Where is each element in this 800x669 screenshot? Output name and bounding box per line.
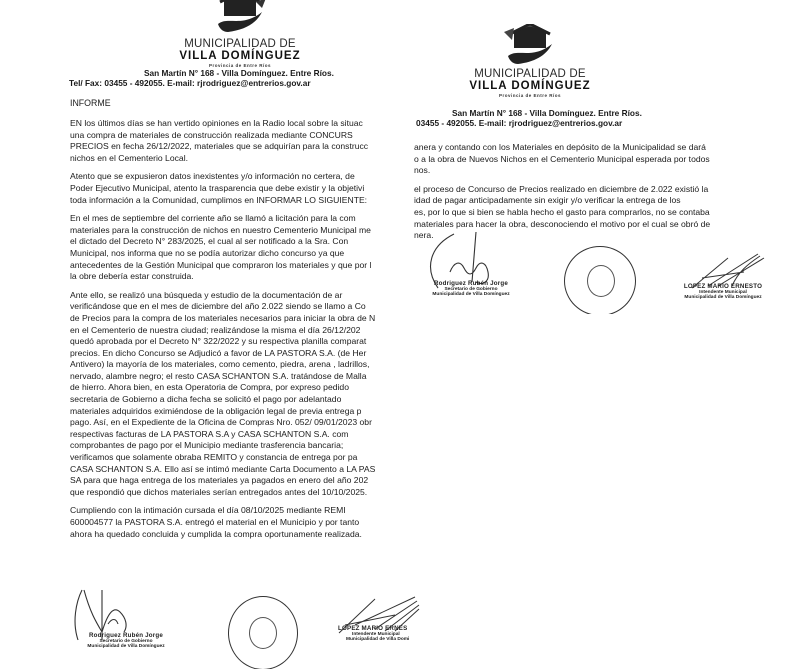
text-line: verificándose que en el mes de diciembre… — [70, 301, 375, 313]
text-line: materiales para hacer la obra, desconoci… — [414, 219, 710, 231]
text-line: pago. Así, en el Expediente de la Oficin… — [70, 417, 375, 429]
paragraph: anera y contando con los Materiales en d… — [414, 142, 710, 177]
municipal-logo: MUNICIPALIDAD DE VILLA DOMÍNGUEZ Provinc… — [140, 0, 340, 69]
text-line: toda información a la Comunidad, cumplim… — [70, 195, 375, 207]
text-line: de Precios para la compra de los materia… — [70, 313, 375, 325]
text-line: nichos en el Cementerio Local. — [70, 153, 375, 165]
text-line: de hierro. Ahora bien, en esta Operatori… — [70, 382, 375, 394]
official-stamp — [564, 246, 636, 314]
text-line: antecedentes de la Gestión Municipal que… — [70, 260, 375, 272]
house-wave-emblem-icon — [500, 24, 560, 68]
text-line: idad de pagar anticipadamente sin exigir… — [414, 195, 710, 207]
text-line: Municipal, nos informa que no se podía a… — [70, 248, 375, 260]
text-line: el proceso de Concurso de Precios realiz… — [414, 184, 710, 196]
text-line: nervado, alambre negro; el resto CASA SC… — [70, 371, 375, 383]
signer-org: Municipalidad de Villa Domínguez — [668, 295, 778, 300]
text-line: quedó aprobada por el Decreto N° 322/202… — [70, 336, 375, 348]
text-line: materiales para la construcción de nicho… — [70, 225, 375, 237]
text-line: el dictado del Decreto N° 283/2025, el c… — [70, 236, 375, 248]
house-wave-emblem-icon — [210, 0, 270, 38]
document-body-left: EN los últimos días se han vertido opini… — [70, 118, 375, 547]
logo-line-1: MUNICIPALIDAD DE — [450, 68, 610, 80]
paragraph: EN los últimos días se han vertido opini… — [70, 118, 375, 164]
text-line: Atento que se expusieron datos inexisten… — [70, 171, 375, 183]
logo-line-2: VILLA DOMÍNGUEZ — [450, 80, 610, 92]
signer-name: LOPEZ MARIO ERNESTO — [668, 283, 778, 290]
signer-name: Rodriguez Rubén Jorge — [416, 280, 526, 287]
signature-secretario: Rodriguez Rubén Jorge Secretario de Gobi… — [416, 280, 526, 297]
signer-org: Municipalidad de Villa Domínguez — [416, 292, 526, 297]
text-line: secretaria de Gobierno a dicha fecha se … — [70, 394, 375, 406]
text-line: CASA SCHANTON S.A. Ello así se intimó me… — [70, 464, 375, 476]
text-line: SA para que haga entrega de los material… — [70, 475, 375, 487]
text-line: EN los últimos días se han vertido opini… — [70, 118, 375, 130]
signer-org: Municipalidad de Villa Domínguez — [66, 644, 186, 649]
signer-org: Municipalidad de Villa Domi — [338, 637, 420, 642]
signer-name: Rodriguez Rubén Jorge — [66, 632, 186, 639]
text-line: una compra de materiales de construcción… — [70, 130, 375, 142]
paragraph: En el mes de septiembre del corriente añ… — [70, 213, 375, 283]
text-line: Antivero) la mayoría de los materiales, … — [70, 359, 375, 371]
document-page-right: MUNICIPALIDAD DE VILLA DOMÍNGUEZ Provinc… — [410, 14, 800, 314]
municipal-logo: MUNICIPALIDAD DE VILLA DOMÍNGUEZ Provinc… — [450, 24, 610, 99]
coat-of-arms-icon — [249, 617, 277, 649]
text-line: nos. — [414, 165, 710, 177]
logo-line-3: Provincia de Entre Ríos — [450, 92, 610, 99]
text-line: precios. En dicho Concurso se Adjudicó a… — [70, 348, 375, 360]
signature-intendente: LOPEZ MARIO ERNES Intendente Municipal M… — [338, 625, 420, 642]
signer-name: LOPEZ MARIO ERNES — [338, 625, 420, 632]
document-page-left: MUNICIPALIDAD DE VILLA DOMÍNGUEZ Provinc… — [0, 0, 420, 669]
paragraph: Ante ello, se realizó una búsqueda y est… — [70, 290, 375, 499]
document-title: INFORME — [70, 98, 111, 108]
text-line: comprobantes de pago por el Municipio me… — [70, 440, 375, 452]
text-line: verificamos que solamente obraba REMITO … — [70, 452, 375, 464]
logo-line-1: MUNICIPALIDAD DE — [140, 38, 340, 50]
official-stamp — [228, 596, 298, 669]
text-line: la obre debería estar construida. — [70, 271, 375, 283]
logo-line-2: VILLA DOMÍNGUEZ — [140, 50, 340, 62]
address-line-2: Tel/ Fax: 03455 - 492055. E-mail: rjrodr… — [69, 78, 311, 89]
text-line: Cumpliendo con la intimación cursada el … — [70, 505, 375, 517]
text-line: es, por lo que si bien se habla hecho el… — [414, 207, 710, 219]
text-line: que respondió que dichos materiales serí… — [70, 487, 375, 499]
text-line: ahora ha quedado concluida y cumplida la… — [70, 529, 375, 541]
paragraph: Cumpliendo con la intimación cursada el … — [70, 505, 375, 540]
text-line: o a la obra de Nuevos Nichos en el Cemen… — [414, 154, 710, 166]
text-line: anera y contando con los Materiales en d… — [414, 142, 710, 154]
text-line: Poder Ejecutivo Municipal, atento la tra… — [70, 183, 375, 195]
coat-of-arms-icon — [587, 265, 615, 297]
text-line: 600004577 la PASTORA S.A. entregó el mat… — [70, 517, 375, 529]
paragraph: Atento que se expusieron datos inexisten… — [70, 171, 375, 206]
text-line: en el Cementerio de nuestra ciudad; real… — [70, 325, 375, 337]
text-line: respectivas facturas de LA PASTORA S.A y… — [70, 429, 375, 441]
text-line: PRECIOS en fecha 26/12/2022, materiales … — [70, 141, 375, 153]
signature-intendente: LOPEZ MARIO ERNESTO Intendente Municipal… — [668, 283, 778, 300]
text-line: Ante ello, se realizó una búsqueda y est… — [70, 290, 375, 302]
text-line: materiales adquiridos eximiéndose de la … — [70, 406, 375, 418]
text-line: En el mes de septiembre del corriente añ… — [70, 213, 375, 225]
signature-secretario: Rodriguez Rubén Jorge Secretario de Gobi… — [66, 632, 186, 649]
address-line-2: 03455 - 492055. E-mail: rjrodriguez@entr… — [416, 118, 622, 129]
